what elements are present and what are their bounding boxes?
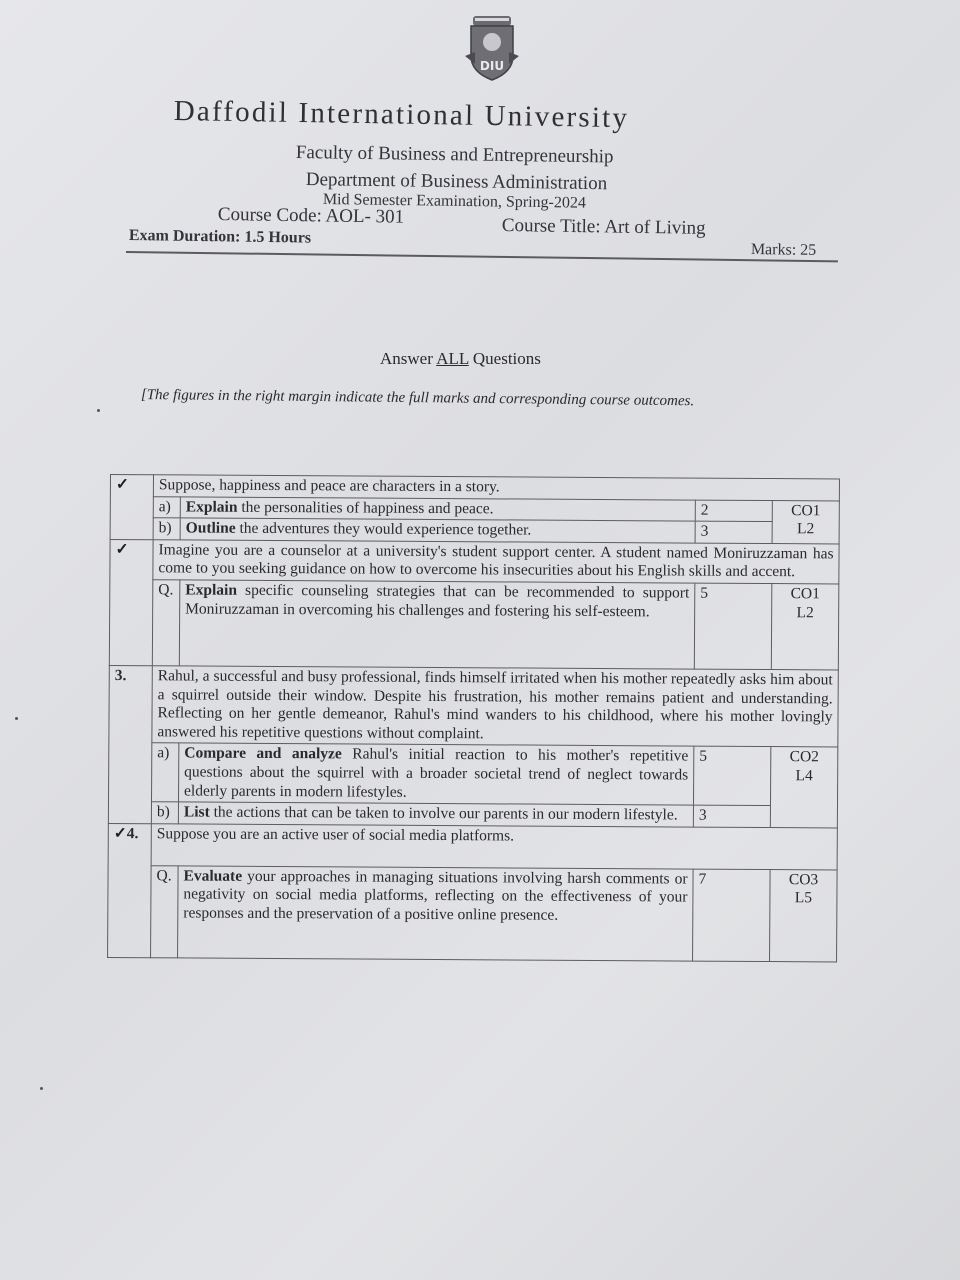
question-1b-marks: 3: [695, 521, 772, 543]
check-mark-icon: ✓: [115, 541, 128, 558]
paper-speck: [15, 717, 18, 720]
question-3b-text: List the actions that can be taken to in…: [178, 802, 693, 827]
question-3a-text: Compare and analyze Rahul's initial reac…: [178, 743, 693, 805]
question-2q-marks: 5: [694, 583, 772, 669]
question-1-outcome: CO1L2: [772, 500, 839, 544]
course-title: Course Title: Art of Living: [502, 215, 706, 240]
question-4q-text: Evaluate your approaches in managing sit…: [178, 866, 694, 961]
header-divider: [126, 251, 838, 262]
question-3-prompt: Rahul, a successful and busy professiona…: [152, 666, 838, 748]
question-2-outcome: CO1L2: [771, 584, 839, 670]
questions-table: ✓ Suppose, happiness and peace are chara…: [107, 474, 840, 962]
university-crest-icon: DIU: [461, 12, 523, 82]
question-4-row: ✓4. Suppose you are an active user of so…: [108, 823, 837, 869]
question-2q-row: Q. Explain specific counseling strategie…: [109, 579, 839, 669]
instructions-note: [The figures in the right margin indicat…: [141, 387, 694, 410]
question-2-prompt: Imagine you are a counselor at a univers…: [153, 540, 839, 584]
check-mark-icon: ✓: [116, 476, 129, 493]
question-3a-row: a) Compare and analyze Rahul's initial r…: [108, 743, 837, 806]
exam-paper: DIU Daffodil International University Fa…: [0, 0, 960, 1280]
question-3b-marks: 3: [693, 805, 770, 827]
question-1a-marks: 2: [695, 500, 772, 522]
course-code: Course Code: AOL- 301: [218, 204, 405, 229]
question-1a-text: Explain the personalities of happiness a…: [180, 497, 695, 522]
question-4q-marks: 7: [693, 869, 771, 961]
question-3a-marks: 5: [693, 746, 770, 805]
answer-all-heading: Answer ALL Questions: [380, 349, 541, 369]
exam-duration: Exam Duration: 1.5 Hours: [129, 227, 311, 248]
question-4-prompt: Suppose you are an active user of social…: [151, 823, 837, 869]
check-mark-icon: ✓: [114, 825, 127, 842]
question-3-outcome: CO2L4: [770, 747, 837, 828]
paper-speck: [97, 409, 100, 412]
question-1b-text: Outline the adventures they would experi…: [180, 518, 695, 543]
question-2q-text: Explain specific counseling strategies t…: [179, 580, 695, 669]
question-4q-row: Q. Evaluate your approaches in managing …: [108, 865, 838, 961]
faculty-name: Faculty of Business and Entrepreneurship: [296, 142, 614, 168]
paper-speck: [40, 1087, 43, 1090]
question-3-row: 3. Rahul, a successful and busy professi…: [109, 665, 838, 747]
question-2-row: ✓ Imagine you are a counselor at a unive…: [110, 539, 839, 584]
total-marks: Marks: 25: [751, 241, 817, 260]
university-name: Daffodil International University: [173, 95, 629, 135]
question-4-outcome: CO3L5: [770, 869, 838, 961]
svg-text:DIU: DIU: [480, 59, 504, 73]
